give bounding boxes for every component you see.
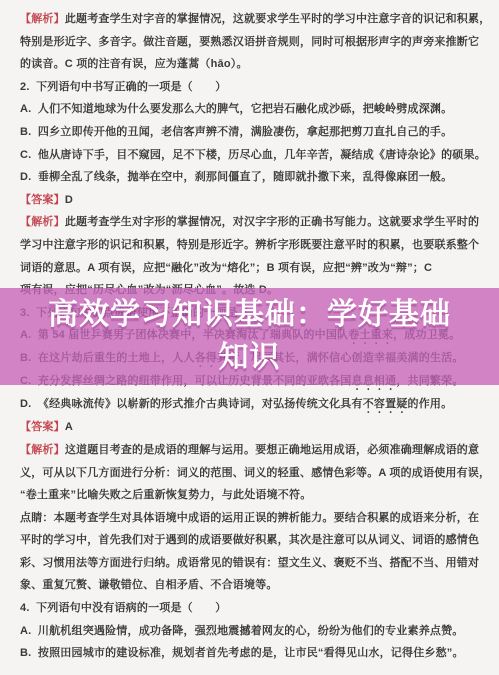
text-line: 【解析】此题考查学生对字形的掌握情况，对汉字字形的正确书写能力。这就要求学生平时…: [20, 211, 489, 234]
text-segment: 的读音。C 项的注音有误，应为蓬蒿（hāo）。: [20, 58, 248, 70]
text-segment: 这道题目考查的是成语的理解与运用。要想正确地运用成语，必须准确理解成语的意: [65, 444, 479, 456]
banner-title-line1: 高效学习知识基础：学好基础: [48, 295, 451, 336]
text-segment: 此题考查学生对字音的掌握情况，这就要求学生平时的学习中注意字音的识记和积累，: [65, 13, 489, 25]
text-segment: D. 《经典咏流传》以崭新的形式推介古典诗词，对弘扬传统文化具有: [20, 398, 363, 410]
text-line: C. 他从唐诗下手，目不窥园，足不下楼，历尽心血，几年辛苦，凝结成《唐诗杂论》的…: [20, 144, 489, 167]
text-line: 【解析】这道题目考查的是成语的理解与运用。要想正确地运用成语，必须准确理解成语的…: [20, 439, 489, 462]
text-line: D. 垂柳全乱了线条，抛举在空中，刹那间僵直了，随即就扑撒下来，乱得像麻团一般。: [20, 166, 489, 189]
text-line: 【答案】A: [20, 416, 489, 439]
text-line: D. 《经典咏流传》以崭新的形式推介古典诗词，对弘扬传统文化具有不容置疑的作用。: [20, 393, 489, 416]
text-segment: 象、重复冗赘、谦敬错位、自相矛盾、不合语境等。: [20, 579, 278, 591]
text-line: 点睛：本题考查学生对具体语境中成语的运用正误的辨析能力。要结合积累的成语来分析，…: [20, 507, 489, 530]
text-segment: D. 垂柳全乱了线条，抛举在空中，刹那间僵直了，随即就扑撒下来，乱得像麻团一般。: [20, 171, 452, 183]
text-segment: C. 他从唐诗下手，目不窥园，足不下楼，历尽心血，几年辛苦，凝结成《唐诗杂论》的…: [20, 149, 486, 161]
text-segment: B. 四乡立即传开他的丑闻，老信客声辨不清，满脸凄伤，拿起那把剪刀直扎自己的手。: [20, 126, 452, 138]
emphasized-idiom: 不容置疑: [363, 398, 408, 410]
section-marker: 【答案】: [20, 421, 65, 433]
text-segment: 2. 下列语句中书写正确的一项是（ ）: [20, 81, 227, 93]
text-segment: 学习中注意字形的识记和积累，特别是形近字。辨析字形既要注意平时的积累，也要联系整…: [20, 239, 479, 251]
text-line: B. 按照田园城市的建设标准，规划者首先考虑的是，让市民“看得见山水，记得住乡愁…: [20, 642, 489, 665]
text-segment: 彩、习惯用法等方面进行归纳。成语常见的错误有：望文生义、褒贬不当、搭配不当、用错…: [20, 557, 479, 569]
text-line: 象、重复冗赘、谦敬错位、自相矛盾、不合语境等。: [20, 574, 489, 597]
banner-title-line2: 知识: [219, 338, 281, 379]
text-line: 【答案】D: [20, 189, 489, 212]
text-line: 2. 下列语句中书写正确的一项是（ ）: [20, 76, 489, 99]
text-line: 义，可从以下几方面进行分析：词义的范围、词义的轻重、感情色彩等。A 项的成语使用…: [20, 462, 489, 485]
text-line: 词语的意思。A 项有误，应把“融化”改为“熔化”；B 项有误，应把“辨”改为“辩…: [20, 257, 489, 280]
text-line: 彩、习惯用法等方面进行归纳。成语常见的错误有：望文生义、褒贬不当、搭配不当、用错…: [20, 552, 489, 575]
section-marker: 【答案】: [20, 194, 65, 206]
promo-banner: 高效学习知识基础：学好基础 知识: [0, 288, 499, 385]
text-segment: 词语的意思。A 项有误，应把“融化”改为“熔化”；B 项有误，应把“辨”改为“辩…: [20, 262, 432, 274]
text-line: 特别是形近字、多音字。做注音题，要熟悉汉语拼音规则，同时可根据形声字的声旁来推断…: [20, 31, 489, 54]
text-line: 的读音。C 项的注音有误，应为蓬蒿（hāo）。: [20, 53, 489, 76]
text-segment: A. 人们不知道地球为什么要发那么大的脾气，它把岩石融化成沙砾，把峻岭劈成深渊。: [20, 103, 452, 115]
text-segment: A: [65, 421, 73, 433]
text-segment: “卷土重来”比喻失败之后重新恢复势力，与此处语境不符。: [20, 489, 311, 501]
text-line: 【解析】此题考查学生对字音的掌握情况，这就要求学生平时的学习中注意字音的识记和积…: [20, 8, 489, 31]
text-segment: 平时的学习中，首先我们对于遇到的成语要做好积累，其次是注意可以从词义、词语的感情…: [20, 534, 479, 546]
text-segment: 义，可从以下几方面进行分析：词义的范围、词义的轻重、感情色彩等。A 项的成语使用…: [20, 467, 489, 479]
text-segment: 此题考查学生对字形的掌握情况，对汉字字形的正确书写能力。这就要求学生平时的: [65, 216, 479, 228]
section-marker: 【解析】: [20, 216, 65, 228]
text-line: 学习中注意字形的识记和积累，特别是形近字。辨析字形既要注意平时的积累，也要联系整…: [20, 234, 489, 257]
section-marker: 【解析】: [20, 13, 65, 25]
text-segment: 4. 下列语句中没有语病的一项是（ ）: [20, 602, 227, 614]
text-segment: 点睛：本题考查学生对具体语境中成语的运用正误的辨析能力。要结合积累的成语来分析，…: [20, 512, 479, 524]
text-line: A. 川航机组突遇险情，成功备降，强烈地震撼着网友的心，纷纷为他们的专业素养点赞…: [20, 620, 489, 643]
text-segment: B. 按照田园城市的建设标准，规划者首先考虑的是，让市民“看得见山水，记得住乡愁…: [20, 647, 464, 659]
text-segment: 的作用。: [408, 398, 453, 410]
text-line: A. 人们不知道地球为什么要发那么大的脾气，它把岩石融化成沙砾，把峻岭劈成深渊。: [20, 98, 489, 121]
text-line: 4. 下列语句中没有语病的一项是（ ）: [20, 597, 489, 620]
text-segment: D: [65, 194, 73, 206]
text-segment: 特别是形近字、多音字。做注音题，要熟悉汉语拼音规则，同时可根据形声字的声旁来推断…: [20, 36, 479, 48]
section-marker: 【解析】: [20, 444, 65, 456]
text-line: B. 四乡立即传开他的丑闻，老信客声辨不清，满脸凄伤，拿起那把剪刀直扎自己的手。: [20, 121, 489, 144]
text-line: 平时的学习中，首先我们对于遇到的成语要做好积累，其次是注意可以从词义、词语的感情…: [20, 529, 489, 552]
text-segment: A. 川航机组突遇险情，成功备降，强烈地震撼着网友的心，纷纷为他们的专业素养点赞…: [20, 625, 464, 637]
text-line: “卷土重来”比喻失败之后重新恢复势力，与此处语境不符。: [20, 484, 489, 507]
